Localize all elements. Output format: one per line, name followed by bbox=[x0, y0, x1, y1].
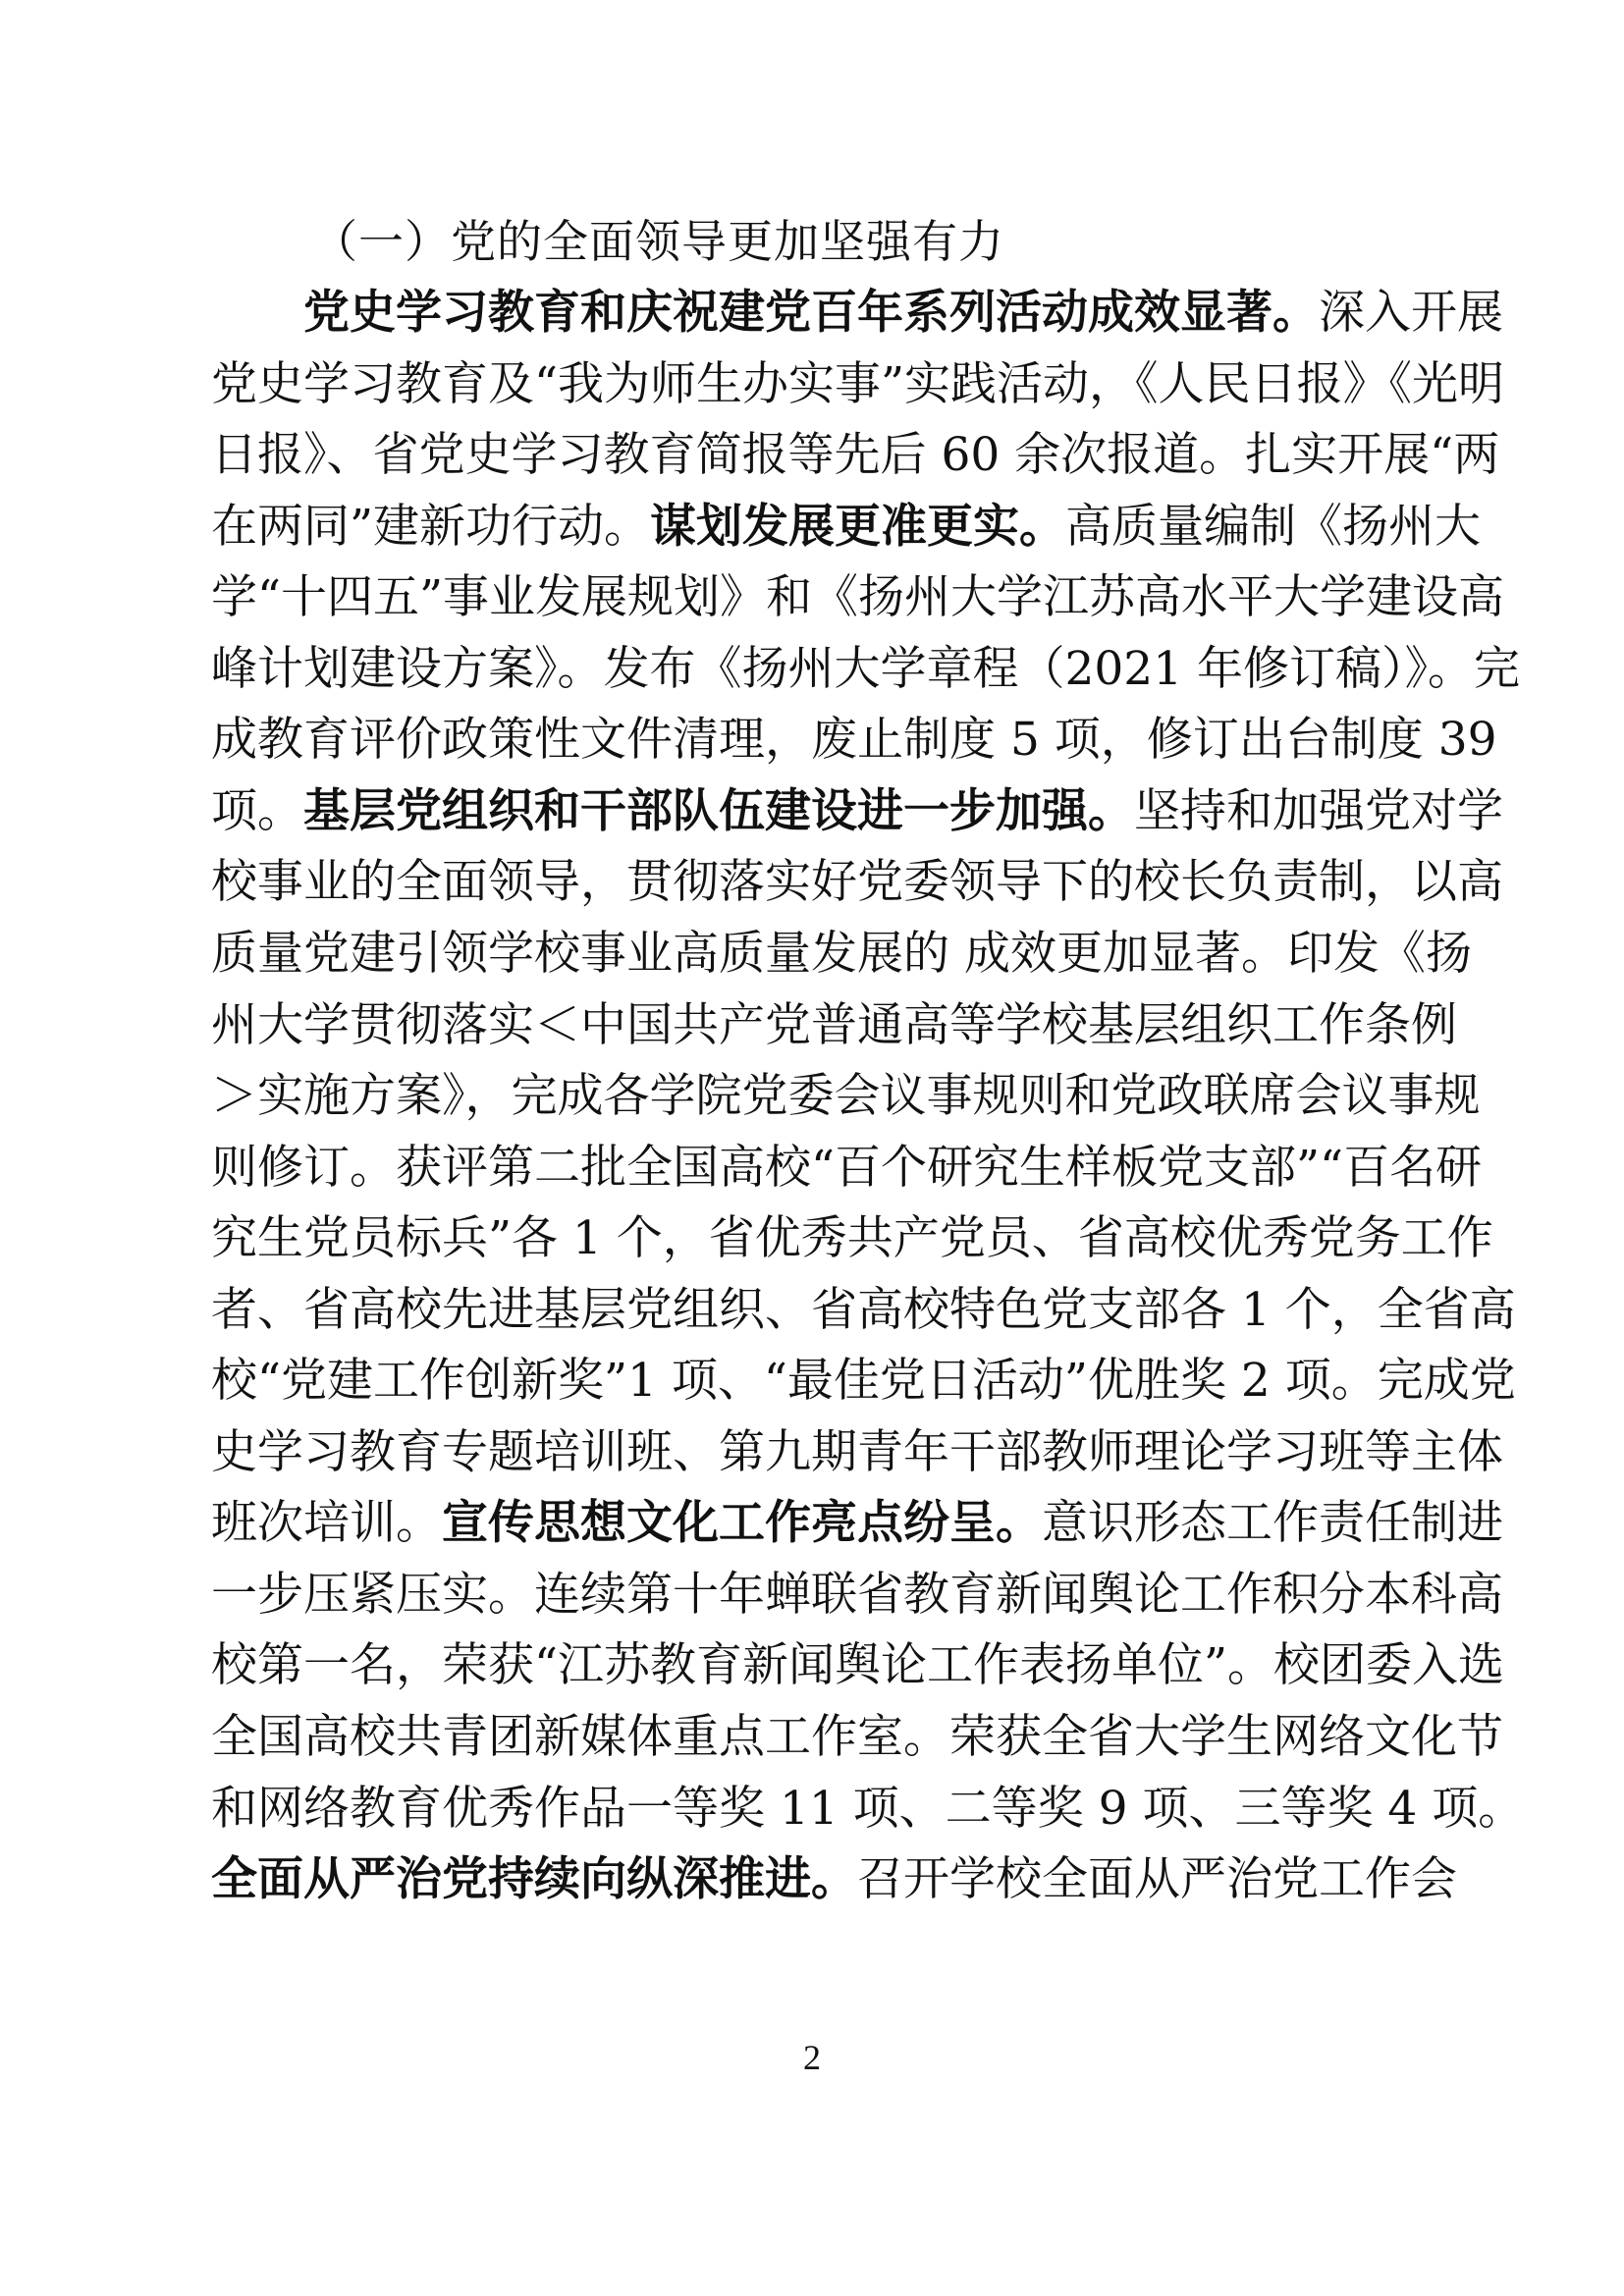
text-line: 班次培训。宣传思想文化工作亮点纷呈。意识形态工作责任制进 bbox=[211, 1488, 1426, 1559]
text-line: 者、省高校先进基层党组织、省高校特色党支部各 1 个，全省高 bbox=[211, 1275, 1426, 1346]
text-run: 班次培训。 bbox=[211, 1496, 442, 1550]
text-line: 究生党员标兵”各 1 个，省优秀共产党员、省高校优秀党务工作 bbox=[211, 1203, 1426, 1274]
text-line: 校“党建工作创新奖”1 项、“最佳党日活动”优胜奖 2 项。完成党 bbox=[211, 1346, 1426, 1416]
text-run bbox=[211, 286, 303, 340]
text-run: 和网络教育优秀作品一等奖 11 项、二等奖 9 项、三等奖 4 项。 bbox=[211, 1782, 1524, 1836]
text-run: 校第一名，荣获“江苏教育新闻舆论工作表扬单位”。校团委入选 bbox=[211, 1638, 1504, 1692]
bold-lead-phrase: 党史学习教育和庆祝建党百年系列活动成效显著。 bbox=[303, 286, 1319, 340]
text-line: 和网络教育优秀作品一等奖 11 项、二等奖 9 项、三等奖 4 项。 bbox=[211, 1774, 1426, 1844]
text-run: 意识形态工作责任制进 bbox=[1042, 1496, 1503, 1550]
text-line: 党史学习教育及“我为师生办实事”实践活动，《人民日报》《光明 bbox=[211, 349, 1426, 420]
text-line: 党史学习教育和庆祝建党百年系列活动成效显著。深入开展 bbox=[211, 278, 1426, 348]
text-run: 成教育评价政策性文件清理，废止制度 5 项，修订出台制度 39 bbox=[211, 713, 1497, 767]
section-heading: （一）党的全面领导更加坚强有力 bbox=[312, 206, 1004, 277]
bold-lead-phrase: 全面从严治党持续向纵深推进。 bbox=[211, 1852, 857, 1906]
text-run: 州大学贯彻落实＜中国共产党普通高等学校基层组织工作条例 bbox=[211, 998, 1457, 1052]
text-line: 全国高校共青团新媒体重点工作室。荣获全省大学生网络文化节 bbox=[211, 1702, 1426, 1773]
text-run: 党史学习教育及“我为师生办实事”实践活动，《人民日报》《光明 bbox=[211, 357, 1504, 411]
text-run: ＞实施方案》，完成各学院党委会议事规则和党政联席会议事规 bbox=[211, 1069, 1481, 1123]
text-run: 者、省高校先进基层党组织、省高校特色党支部各 1 个，全省高 bbox=[211, 1283, 1516, 1337]
text-run: 全国高校共青团新媒体重点工作室。荣获全省大学生网络文化节 bbox=[211, 1710, 1503, 1764]
text-run: 究生党员标兵”各 1 个，省优秀共产党员、省高校优秀党务工作 bbox=[211, 1211, 1493, 1265]
text-line: 校第一名，荣获“江苏教育新闻舆论工作表扬单位”。校团委入选 bbox=[211, 1630, 1426, 1701]
text-run: 史学习教育专题培训班、第九期青年干部教师理论学习班等主体 bbox=[211, 1425, 1503, 1479]
bold-lead-phrase: 宣传思想文化工作亮点纷呈。 bbox=[442, 1496, 1042, 1550]
text-run: 召开学校全面从严治党工作会 bbox=[857, 1852, 1457, 1906]
document-page: （一）党的全面领导更加坚强有力 党史学习教育和庆祝建党百年系列活动成效显著。深入… bbox=[0, 0, 1624, 2296]
text-run: 峰计划建设方案》。发布《扬州大学章程（2021 年修订稿）》。完 bbox=[211, 642, 1520, 696]
text-run: 深入开展 bbox=[1319, 286, 1503, 340]
text-run: 坚持和加强党对学 bbox=[1134, 784, 1503, 838]
text-run: 项。 bbox=[211, 784, 303, 838]
text-run: 则修订。获评第二批全国高校“百个研究生样板党支部”“百名研 bbox=[211, 1141, 1482, 1195]
text-line: 全面从严治党持续向纵深推进。召开学校全面从严治党工作会 bbox=[211, 1844, 1426, 1915]
bold-lead-phrase: 谋划发展更准更实。 bbox=[650, 500, 1065, 554]
text-line: ＞实施方案》，完成各学院党委会议事规则和党政联席会议事规 bbox=[211, 1061, 1426, 1132]
text-line: 学“十四五”事业发展规划》和《扬州大学江苏高水平大学建设高 bbox=[211, 562, 1426, 633]
text-run: 校“党建工作创新奖”1 项、“最佳党日活动”优胜奖 2 项。完成党 bbox=[211, 1354, 1516, 1408]
text-line: 一步压紧压实。连续第十年蝉联省教育新闻舆论工作积分本科高 bbox=[211, 1560, 1426, 1630]
text-run: 质量党建引领学校事业高质量发展的 成效更加显著。印发《扬 bbox=[211, 927, 1472, 981]
page-number: 2 bbox=[0, 2037, 1624, 2078]
text-line: 校事业的全面领导，贯彻落实好党委领导下的校长负责制，以高 bbox=[211, 847, 1426, 918]
text-line: 日报》、省党史学习教育简报等先后 60 余次报道。扎实开展“两 bbox=[211, 420, 1426, 491]
text-line: 成教育评价政策性文件清理，废止制度 5 项，修订出台制度 39 bbox=[211, 705, 1426, 775]
text-line: 州大学贯彻落实＜中国共产党普通高等学校基层组织工作条例 bbox=[211, 990, 1426, 1061]
text-run: 高质量编制《扬州大 bbox=[1065, 500, 1481, 554]
text-line: 在两同”建新功行动。谋划发展更准更实。高质量编制《扬州大 bbox=[211, 492, 1426, 562]
text-line: 峰计划建设方案》。发布《扬州大学章程（2021 年修订稿）》。完 bbox=[211, 634, 1426, 705]
text-line: 则修订。获评第二批全国高校“百个研究生样板党支部”“百名研 bbox=[211, 1133, 1426, 1203]
bold-lead-phrase: 基层党组织和干部队伍建设进一步加强。 bbox=[303, 784, 1134, 838]
text-run: 校事业的全面领导，贯彻落实好党委领导下的校长负责制，以高 bbox=[211, 855, 1503, 909]
text-line: 史学习教育专题培训班、第九期青年干部教师理论学习班等主体 bbox=[211, 1417, 1426, 1488]
text-line: 质量党建引领学校事业高质量发展的 成效更加显著。印发《扬 bbox=[211, 919, 1426, 989]
text-run: 学“十四五”事业发展规划》和《扬州大学江苏高水平大学建设高 bbox=[211, 570, 1504, 624]
text-run: 一步压紧压实。连续第十年蝉联省教育新闻舆论工作积分本科高 bbox=[211, 1568, 1503, 1622]
text-run: 日报》、省党史学习教育简报等先后 60 余次报道。扎实开展“两 bbox=[211, 428, 1499, 482]
text-run: 在两同”建新功行动。 bbox=[211, 500, 650, 554]
text-line: 项。基层党组织和干部队伍建设进一步加强。坚持和加强党对学 bbox=[211, 776, 1426, 847]
